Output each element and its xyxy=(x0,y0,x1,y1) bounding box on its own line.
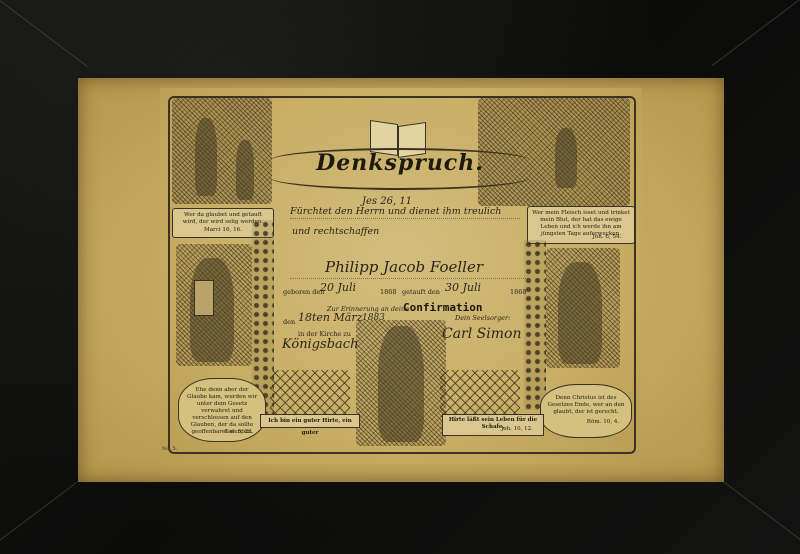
confirmand-name: Philipp Jacob Foeller xyxy=(325,258,483,276)
banner-right: Hirte läßt sein Leben für die Schafe. Jo… xyxy=(442,414,544,436)
frame-miter-joint xyxy=(0,481,78,548)
label-confirmation: Confirmation xyxy=(403,301,482,314)
plate-number: No. 5. xyxy=(162,446,177,452)
christ-figure xyxy=(555,128,577,188)
verse-ref: Gal. 3, 23. xyxy=(219,429,259,436)
label-baptized: getauft den xyxy=(402,288,440,296)
verse-bottom-right: Denn Christus ist des Gesetzes Ende, wer… xyxy=(540,384,632,438)
birth-date: 20 Juli xyxy=(320,281,356,294)
verse-bottom-left: Ehe denn aber der Glaube kam, wurden wir… xyxy=(178,378,266,442)
ruled-line xyxy=(290,218,520,219)
birth-year: 1868 xyxy=(380,288,397,296)
john-baptist-figure xyxy=(195,118,217,196)
label-pastor: Dein Seelsorger: xyxy=(455,314,510,322)
verse-ref: Joh. 6, 54. xyxy=(583,234,631,241)
confirmation-date: 18ten März xyxy=(298,311,362,324)
pastor-signature: Carl Simon xyxy=(442,326,521,342)
christ-with-cross-figure xyxy=(558,262,602,364)
label-date: den xyxy=(283,318,295,326)
shepherd-figure xyxy=(378,326,424,442)
handwritten-verse-line2: und rechtschaffen xyxy=(292,226,379,237)
certificate-title: Denkspruch. xyxy=(300,150,500,176)
confirmation-year: 1883 xyxy=(362,313,385,323)
lattice-fence-left xyxy=(270,370,350,418)
grapevine-right xyxy=(524,240,546,410)
label-born: geboren den xyxy=(283,288,324,296)
ruled-line xyxy=(290,278,530,279)
verse-text: Denn Christus ist des Gesetzes Ende, wer… xyxy=(547,395,625,416)
church-name: Königsbach xyxy=(282,337,358,352)
baptism-scene-engraving xyxy=(172,98,272,204)
frame-miter-joint xyxy=(721,480,800,547)
banner-left: Ich bin ein guter Hirte, ein guter xyxy=(260,414,360,428)
lattice-fence-right xyxy=(440,370,520,418)
commandment-tablets xyxy=(194,280,214,316)
verse-top-right: Wer mein Fleisch isset und trinket mein … xyxy=(527,206,635,244)
banner-right-ref: Joh. 10, 12. xyxy=(493,426,541,433)
frame-miter-joint xyxy=(712,0,800,66)
frame-miter-joint xyxy=(0,0,88,67)
baptism-date: 30 Juli xyxy=(445,281,481,294)
verse-ref: Röm. 10, 4. xyxy=(581,419,625,426)
baptized-figure xyxy=(236,140,254,200)
handwritten-verse-line1: Fürchtet den Herrn und dienet ihm treuli… xyxy=(290,206,501,217)
baptism-year: 1868 xyxy=(510,288,527,296)
